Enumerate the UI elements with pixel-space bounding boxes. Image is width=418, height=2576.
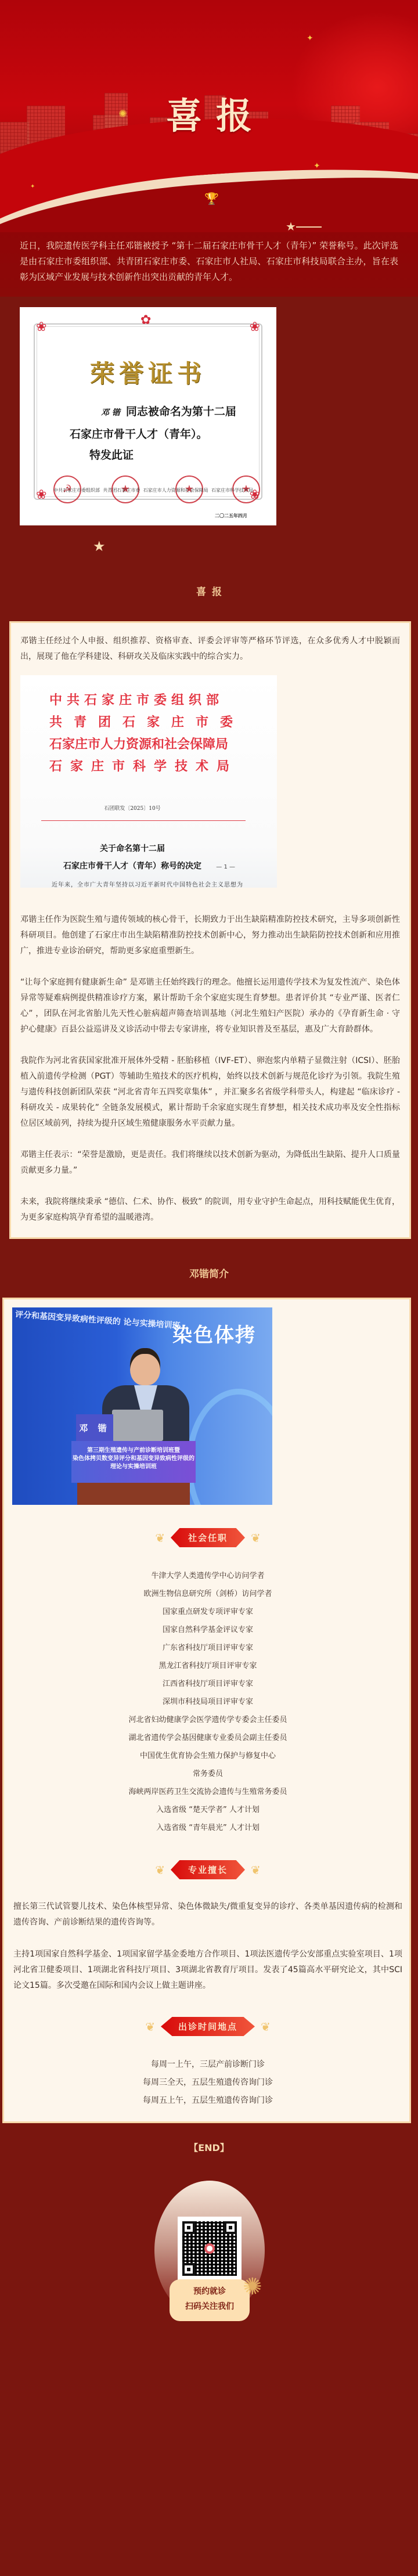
profile-card: 评分和基因变异致病性评级的 论与实操培训班 染色体拷 邓 锴 第三期生殖遗传与产… (2, 1298, 411, 2123)
certificate-title: 荣誉证书 (20, 355, 276, 390)
laurel-left-icon: ❦ (155, 1531, 165, 1545)
schedule-item: 每周五上午，五层生殖遗传咨询门诊 (12, 2092, 403, 2110)
issuer-label: 共青团石家庄市委 (103, 487, 140, 493)
speaker-nameplate: 邓 锴 (76, 1414, 113, 1442)
news-paragraph-3: “让每个家庭拥有健康新生命” 是邓锴主任始终践行的理念。他擅长运用遗传学技术为复… (20, 975, 400, 1037)
podium-sign: 第三期生殖遗传与产前诊断培训班暨 染色体拷贝数变异评分和基因变异致病性评级的 理… (71, 1441, 196, 1483)
expertise-paragraph-1: 擅长第三代试管婴儿技术、染色体核型异常、染色体微缺失/微重复变异的诊疗、各类单基… (12, 1899, 403, 1930)
role-item: 河北省妇幼健康学会医学遗传学专委会主任委员 (12, 1711, 403, 1729)
doc-org-1: 中共石家庄市委组织部 (49, 690, 224, 708)
role-item: 入选省级 “青年晨光” 人才计划 (12, 1819, 403, 1837)
role-item: 牛津大学人类遗传学中心访问学者 (12, 1567, 403, 1585)
speaker-photo: 评分和基因变异致病性评级的 论与实操培训班 染色体拷 邓 锴 第三期生殖遗传与产… (12, 1307, 272, 1505)
schedule-item: 每周一上午，三层产前诊断门诊 (12, 2056, 403, 2074)
role-item: 国家重点研发专项评审专家 (12, 1603, 403, 1621)
news-paragraph-4: 我院作为河北省获国家批准开展体外受精 - 胚胎移植（IVF-ET）、卵泡浆内单精… (20, 1053, 400, 1132)
section-heading-profile: 邓锴简介 (0, 1239, 418, 1298)
role-item: 深圳市科技局项目评审专家 (12, 1693, 403, 1711)
qr-caption-line-2: 扫码关注我们 (170, 2299, 250, 2314)
laurel-left-icon: ❦ (155, 1863, 165, 1877)
laurel-left-icon: ❦ (145, 2020, 155, 2034)
roles-heading: 社会任职 (171, 1528, 245, 1547)
doc-org-4: 石家庄市科学技术局 (49, 756, 237, 774)
role-item: 中国优生优育协会生殖力保护与修复中心 (12, 1747, 403, 1765)
qr-caption-line-1: 预约就诊 (170, 2284, 250, 2299)
doc-page-number: — 1 — (216, 864, 235, 870)
news-paragraph-1: 邓锴主任经过个人申报、组织推荐、资格审查、评委会评审等严格环节评选，在众多优秀人… (20, 633, 400, 665)
laptop (112, 1410, 163, 1441)
divider-line (296, 226, 322, 228)
news-paragraph-6: 未来，我院将继续秉承 “德信、仁术、协作、极致” 的院训，用专业守护生命起点，用… (20, 1194, 400, 1226)
doc-title-1: 关于命名第十二届 (20, 842, 277, 854)
roles-list: 牛津大学人类遗传学中心访问学者 欧洲生物信息研究所（剑桥）访问学者 国家重点研发… (12, 1567, 403, 1837)
qr-caption: 预约就诊 扫码关注我们 (170, 2279, 250, 2321)
role-item: 湖北省遗传学会基因健康专业委员会副主任委员 (12, 1729, 403, 1747)
laurel-right-icon: ❦ (261, 2020, 271, 2034)
certificate-line-2: 石家庄市骨干人才（青年）。 (70, 426, 208, 441)
hero-banner: ✦ ✺ ✦ ✦ 喜报 🏆 ★ (0, 0, 418, 232)
role-item: 常务委员 (12, 1765, 403, 1783)
issuer-label: 石家庄市科学技术局 (211, 487, 253, 493)
schedule-heading-row: ❦ 出诊时间地点 ❦ (12, 2017, 403, 2036)
role-item: 欧洲生物信息研究所（剑桥）访问学者 (12, 1585, 403, 1603)
expertise-heading-row: ❦ 专业擅长 ❦ (12, 1860, 403, 1879)
star-divider: ★ (0, 525, 418, 561)
star-icon: ★ (93, 538, 106, 554)
expertise-heading: 专业擅长 (171, 1860, 245, 1879)
doc-org-2: 共青团石家庄市委 (49, 712, 244, 730)
doc-title-2: 石家庄市骨干人才（青年）称号的决定 (20, 860, 277, 871)
sparkle-icon: ✦ (313, 161, 320, 171)
flower-ornament-icon: ❀ (36, 320, 46, 334)
section-heading-good-news: 喜报 (0, 561, 418, 621)
expertise-paragraph-2: 主持1项国家自然科学基金、1项国家留学基金委地方合作项目、1项法医遗传学公安部重… (12, 1947, 403, 1994)
podium-text: 染色体拷贝数变异评分和基因变异致病性评级的 (71, 1455, 196, 1463)
qr-section: 预约就诊 扫码关注我们 ✺ (0, 2181, 418, 2303)
photo-banner-left: 评分和基因变异致病性评级的 论与实操培训班 (12, 1307, 184, 1334)
recipient-name: 邓 锴 (101, 408, 120, 417)
certificate-text: 同志被命名为第十二届 (126, 405, 236, 418)
role-item: 广东省科技厅项目评审专家 (12, 1639, 403, 1657)
issuer-label: 石家庄市人力资源和社会保障局 (143, 487, 208, 493)
podium-base (77, 1483, 190, 1505)
podium-text: 第三期生殖遗传与产前诊断培训班暨 (71, 1447, 196, 1455)
intro-section: 近日，我院遗传医学科主任邓锴被授予 “第十二届石家庄市骨干人才（青年）” 荣誉称… (0, 232, 418, 297)
certificate-line-1: 邓 锴同志被命名为第十二届 (101, 403, 236, 419)
laurel-right-icon: ❦ (251, 1531, 261, 1545)
news-paragraph-5: 邓锴主任表示：“荣誉是激励，更是责任。我们将继续以技术创新为驱动，为降低出生缺陷… (20, 1147, 400, 1179)
schedule-item: 每周三全天，五层生殖遗传咨询门诊 (12, 2074, 403, 2092)
firework-icon: ✺ (243, 2274, 262, 2300)
news-paragraph-2: 邓锴主任作为医院生殖与遗传领域的核心骨干，长期致力于出生缺陷精准防控技术研究，主… (20, 912, 400, 959)
role-item: 国家自然科学基金评议专家 (12, 1621, 403, 1639)
roles-heading-row: ❦ 社会任职 ❦ (12, 1528, 403, 1547)
trophy-icon: 🏆 (204, 192, 219, 206)
star-icon: ★ (286, 219, 296, 232)
official-document-image: 中共石家庄市委组织部 共青团石家庄市委 石家庄市人力资源和社会保障局 石家庄市科… (20, 675, 277, 888)
podium-text: 理论与实操培训班 (71, 1463, 196, 1471)
laurel-right-icon: ❦ (251, 1863, 261, 1877)
flower-ornament-icon: ✿ (140, 313, 151, 327)
qr-code[interactable] (178, 2217, 242, 2280)
certificate-line-3: 特发此证 (89, 446, 134, 462)
doc-body: 近年来，全市广大青年坚持以习近平新时代中国特色社会主义思想为指导，深入学习贯彻党… (40, 880, 244, 888)
issuer-label: 中共石家庄市委组织部 (53, 487, 100, 493)
certificate-section: ❀ ✿ ❀ ❀ ❀ 荣誉证书 邓 锴同志被命名为第十二届 石家庄市骨干人才（青年… (0, 297, 418, 525)
photo-banner-right: 染色体拷 (172, 1319, 256, 1348)
honor-certificate-image: ❀ ✿ ❀ ❀ ❀ 荣誉证书 邓 锴同志被命名为第十二届 石家庄市骨干人才（青年… (20, 307, 276, 525)
doc-red-rule (41, 820, 246, 821)
news-card: 邓锴主任经过个人申报、组织推荐、资格审查、评委会评审等严格环节评选，在众多优秀人… (9, 621, 411, 1239)
hero-title: 喜报 (0, 87, 418, 139)
sparkle-icon: ✦ (30, 183, 35, 190)
issuer-labels: 中共石家庄市委组织部 共青团石家庄市委 石家庄市人力资源和社会保障局 石家庄市科… (53, 487, 253, 493)
intro-paragraph: 近日，我院遗传医学科主任邓锴被授予 “第十二届石家庄市骨干人才（青年）” 荣誉称… (20, 238, 398, 285)
dna-graphic (186, 1389, 272, 1505)
schedule-heading: 出诊时间地点 (161, 2017, 255, 2036)
doc-org-3: 石家庄市人力资源和社会保障局 (49, 734, 228, 752)
role-item: 黑龙江省科技厅项目评审专家 (12, 1657, 403, 1675)
role-item: 海峡两岸医药卫生交流协会遗传与生殖常务委员 (12, 1783, 403, 1801)
role-item: 入选省级 “楚天学者” 人才计划 (12, 1801, 403, 1819)
doc-number: 石团联发〔2025〕10号 (20, 804, 277, 812)
sparkle-icon: ✦ (307, 34, 313, 43)
role-item: 江西省科技厅项目评审专家 (12, 1675, 403, 1693)
flower-ornament-icon: ❀ (250, 320, 260, 334)
hospital-logo-icon (204, 2243, 215, 2254)
schedule-list: 每周一上午，三层产前诊断门诊 每周三全天，五层生殖遗传咨询门诊 每周五上午，五层… (12, 2056, 403, 2110)
certificate-date: 二〇二五年四月 (215, 513, 247, 519)
end-marker: 【END】 (0, 2123, 418, 2181)
